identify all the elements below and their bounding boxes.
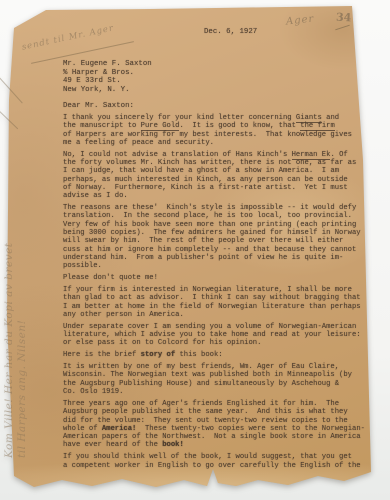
typed-line: will swear by him. The rest of the peopl… [63,237,377,245]
handwritten-margin-note: Kom Ville! Her har du Kopi av brevet til… [3,113,29,458]
paragraph: No, I could not advise a translation of … [63,151,377,201]
margin-note-line: til Harpers ang. Nilsen! [16,113,29,458]
typed-line: a competent worker in English to go over… [63,462,377,470]
typed-line: translation. In the second place, he is … [63,212,377,220]
typed-line: did for the volume: They sent out twenty… [63,417,377,425]
typed-line: possible. [63,262,377,270]
typed-line: Co. Oslo 1919. [63,388,377,396]
paragraph: I thank you sincerely for your kind lett… [63,114,377,147]
typed-line: the manuscript to Pure Gold. It is good … [63,122,377,130]
emphasized-phrase: book! [162,441,184,449]
typed-line: have ever heard of the book! [63,441,377,449]
emphasized-phrase: America! [102,425,137,433]
recipient-address: Mr. Eugene F. Saxton% Harper & Bros.49 E… [63,60,152,95]
paragraph: It is written by one of my best friends,… [63,363,377,396]
typed-line: Under separate cover I am sending you a … [63,323,377,331]
letter-body: I thank you sincerely for your kind lett… [63,114,377,474]
typed-line: Augsburg people published it the same ye… [63,408,377,416]
address-line: Mr. Eugene F. Saxton [63,60,152,69]
margin-note-line: Kom Ville! Her har du Kopi av brevet [3,113,16,458]
paragraph: Please don't quote me! [63,274,377,282]
typed-line: No, I could not advise a translation of … [63,151,377,159]
typed-line: advise as I do. [63,192,377,200]
typed-line: cuss at him or ignore him completely -- … [63,246,377,254]
emphasized-phrase: story of [141,351,176,359]
salutation: Dear Mr. Saxton: [63,102,134,110]
paragraph: Under separate cover I am sending you a … [63,323,377,348]
paper-sheet: sendt til Mr. Ager Ager 34 Kom Ville! He… [0,0,390,500]
paragraph: Here is the brief story of this book: [63,351,377,359]
paragraph: The reasons are these' Kinch's style is … [63,204,377,270]
typed-line: of Harpers are working for my best inter… [63,131,377,139]
typed-line: Very few of his book have seen more than… [63,221,377,229]
typed-line: the Augsburg Publishing House) and simul… [63,380,377,388]
address-line: 49 E 33rd St. [63,77,152,86]
scanned-letter-page: sendt til Mr. Ager Ager 34 Kom Ville! He… [0,0,390,500]
typed-line: or else pass it on to Colcord for his op… [63,339,377,347]
typed-line: perhaps, as much interested in Kinch, as… [63,176,377,184]
typed-line: than glad to act as advisor. I think I c… [63,294,377,302]
underlined-phrase: the firm [300,122,335,131]
typed-line: Here is the brief story of this book: [63,351,377,359]
typed-line: Wisconsin. The Norwegian text was publis… [63,371,377,379]
page-number: 34 [336,11,352,25]
typed-line: Three years ago one of Ager's friends En… [63,400,377,408]
paragraph: Three years ago one of Ager's friends En… [63,400,377,450]
underlined-phrase: Pure Gold [141,122,180,131]
typed-line: me a feeling of peace and security. [63,139,377,147]
typed-line: Please don't quote me! [63,274,377,282]
typed-line: any other person in America. [63,311,377,319]
typed-line: I can judge, that would have a ghost of … [63,167,377,175]
letter-date: Dec. 6, 1927 [204,28,257,36]
paragraph: If you should think well of the book, I … [63,453,377,470]
typed-line: If you should think well of the book, I … [63,453,377,461]
typed-line: I am better at home in the field of Norw… [63,303,377,311]
typed-line: whole of America! These twenty-two copie… [63,425,377,433]
paragraph: If your firm is interested in Norwegian … [63,286,377,319]
typed-line: understand him. From a publisher's point… [63,254,377,262]
address-line: New York, N. Y. [63,86,152,95]
